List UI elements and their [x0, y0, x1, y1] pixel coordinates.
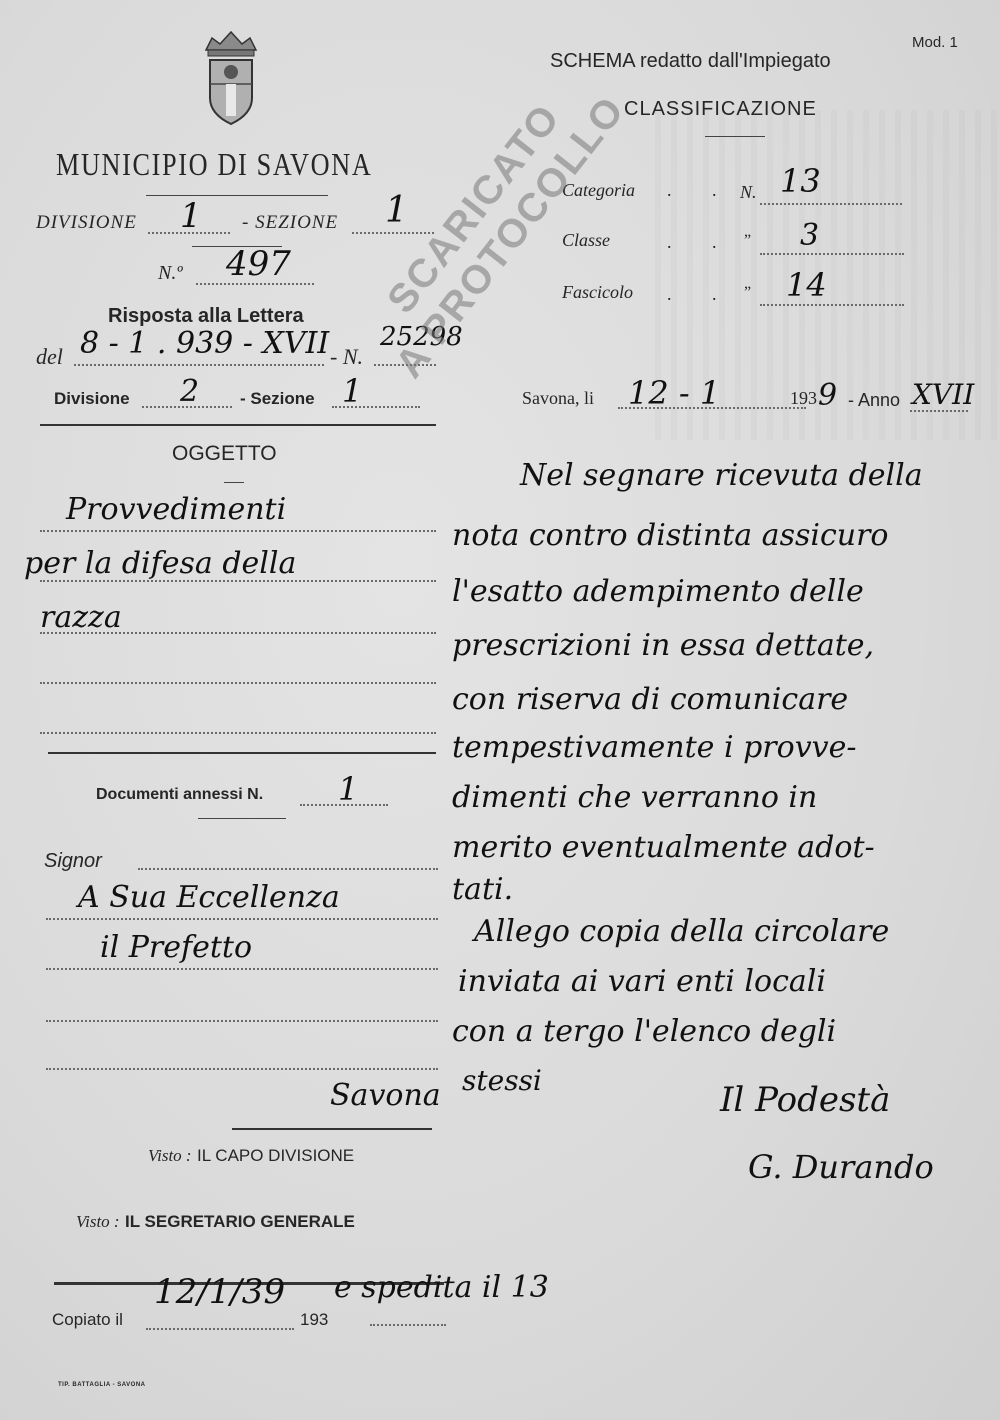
oggetto-text-line: Provvedimenti: [66, 492, 286, 527]
anno-value: XVII: [912, 378, 974, 411]
sezione-label: - SEZIONE: [242, 212, 338, 234]
body-line: Allego copia della circolare: [474, 914, 889, 949]
body-line: tati.: [452, 872, 513, 907]
signor-label: Signor: [44, 850, 102, 873]
oggetto-text-line: per la difesa della: [24, 546, 296, 581]
reply-divisione-value: 2: [180, 374, 199, 409]
visto-label: Visto :: [148, 1146, 192, 1165]
address-line: [46, 968, 438, 970]
body-line: con riserva di comunicare: [452, 682, 848, 717]
place-date-label: Savona, li: [522, 388, 594, 409]
oggetto-text-line: razza: [40, 600, 122, 635]
oggetto-line: [40, 732, 436, 734]
leader-dots: . .: [667, 180, 717, 201]
anno-label: - Anno: [848, 390, 900, 411]
address-line: [46, 1068, 438, 1070]
documenti-value: 1: [338, 770, 358, 808]
visto-segretario-text: IL SEGRETARIO GENERALE: [125, 1212, 355, 1231]
copiato-line: [146, 1328, 294, 1330]
section-rule: [40, 424, 436, 426]
protocol-number: 497: [226, 244, 291, 284]
copiato-date: 12/1/39: [154, 1272, 285, 1312]
addressee-line: A Sua Eccellenza: [78, 880, 340, 915]
visto-label: Visto :: [76, 1212, 120, 1231]
section-rule: [232, 1128, 432, 1130]
copiato-annotation: e spedita il 13: [334, 1270, 549, 1305]
divisione-value: 1: [180, 196, 202, 236]
reply-sezione-label: - Sezione: [240, 389, 315, 409]
letter-date-value: 8 - 1 . 939 - XVII: [80, 326, 329, 361]
documenti-label: Documenti annessi N.: [96, 786, 263, 804]
fascicolo-prefix: ”: [744, 284, 751, 302]
letter-date-label: del: [36, 344, 63, 370]
divider: [198, 818, 286, 819]
reply-heading: Risposta alla Lettera: [108, 305, 304, 328]
divider: [224, 482, 244, 483]
body-line: inviata ai vari enti locali: [458, 964, 826, 999]
addressee-city: Savona: [330, 1078, 441, 1113]
address-line: [138, 868, 438, 870]
year-prefix: 193: [790, 388, 817, 409]
body-line: dimenti che verranno in: [452, 780, 817, 815]
sezione-field-line: [352, 232, 434, 234]
sezione-value: 1: [385, 190, 408, 231]
categoria-line: [760, 203, 902, 205]
municipality-title: MUNICIPIO DI SAVONA: [56, 146, 372, 183]
categoria-value: 13: [780, 162, 821, 200]
body-line: con a tergo l'elenco degli: [452, 1014, 836, 1049]
reply-sezione-value: 1: [342, 372, 362, 410]
addressee-line: il Prefetto: [100, 930, 252, 965]
visto-capo-text: IL CAPO DIVISIONE: [197, 1146, 354, 1165]
leader-dots: . .: [667, 284, 717, 305]
fascicolo-value: 14: [786, 266, 827, 304]
divisione-label: DIVISIONE: [36, 212, 137, 234]
copiato-label: Copiato il: [52, 1310, 123, 1330]
form-code: Mod. 1: [912, 34, 958, 51]
classe-line: [760, 253, 904, 255]
fascicolo-label: Fascicolo: [562, 282, 633, 303]
section-rule: [48, 752, 436, 754]
classe-label: Classe: [562, 230, 610, 251]
year-suffix: 9: [818, 378, 837, 413]
body-line: stessi: [462, 1064, 542, 1097]
schema-title: SCHEMA redatto dall'Impiegato: [550, 50, 831, 73]
visto-capo-divisione: Visto : IL CAPO DIVISIONE: [148, 1146, 354, 1166]
coat-of-arms-icon: [198, 28, 264, 128]
oggetto-line: [40, 530, 436, 532]
body-line: prescrizioni in essa dettate,: [452, 628, 874, 663]
classification-title: CLASSIFICAZIONE: [624, 98, 817, 121]
oggetto-heading: OGGETTO: [172, 442, 277, 466]
body-line: Nel segnare ricevuta della: [520, 458, 923, 493]
body-line: l'esatto adempimento delle: [452, 574, 864, 609]
classe-value: 3: [800, 218, 819, 253]
oggetto-line: [40, 682, 436, 684]
address-line: [46, 1020, 438, 1022]
date-value: 12 - 1: [628, 374, 720, 412]
visto-segretario-generale: Visto : IL SEGRETARIO GENERALE: [76, 1212, 355, 1232]
copiato-year-prefix: 193: [300, 1310, 328, 1330]
number-label: N.º: [158, 262, 183, 285]
printer-imprint: TIP. BATTAGLIA - SAVONA: [58, 1382, 146, 1388]
divider: [705, 136, 765, 137]
address-line: [46, 918, 438, 920]
signature-title: Il Podestà: [720, 1080, 890, 1120]
categoria-prefix: N.: [740, 182, 757, 203]
leader-dots: . .: [667, 232, 717, 253]
signature-name: G. Durando: [748, 1148, 934, 1186]
reply-divisione-label: Divisione: [54, 389, 130, 409]
body-line: merito eventualmente adot-: [452, 830, 875, 865]
letter-date-field-line: [74, 364, 324, 366]
copiato-dest-line: [370, 1324, 446, 1326]
body-line: tempestivamente i provve-: [452, 730, 857, 765]
classe-prefix: ”: [744, 232, 751, 250]
letter-n-label: - N.: [330, 344, 363, 370]
fascicolo-line: [760, 304, 904, 306]
ornamental-rule: [146, 195, 328, 196]
body-line: nota contro distinta assicuro: [452, 518, 888, 553]
